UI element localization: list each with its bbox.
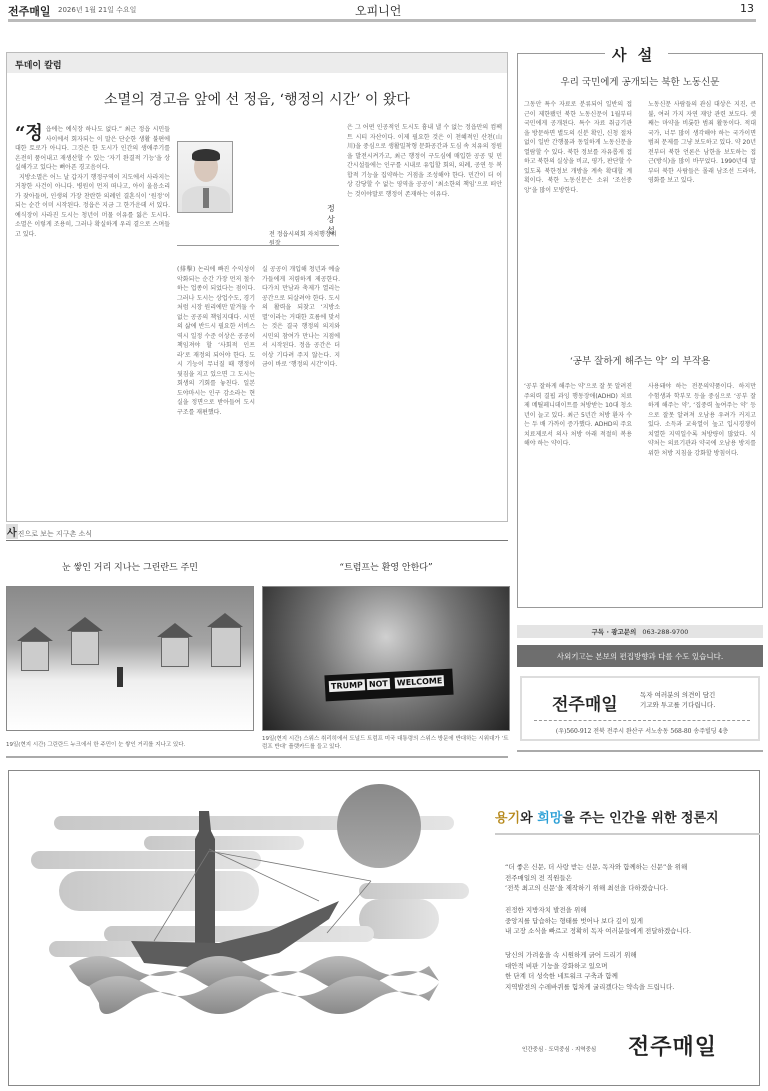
subscription-bar: 구독 · 광고문의063-288-9700	[517, 625, 763, 638]
ship-illustration	[9, 771, 499, 1087]
header-rule	[8, 19, 756, 22]
protest-banner: TRUMP NOT WELCOME	[324, 669, 453, 702]
contribution-logo: 전주매일	[552, 690, 618, 715]
column-text-col4: 은 그 어떤 인공적인 도시도 흉내 낼 수 없는 정읍만의 컴팩트 시티 자산…	[347, 123, 502, 199]
issue-date: 2026년 1월 21일 수요일	[58, 5, 136, 15]
greenland-photo[interactable]	[6, 586, 254, 731]
editorial-2-col1: ‘공부 잘하게 해주는 약’으로 잘 못 알려진 주의력 결핍 과잉 행동장애(…	[524, 382, 632, 449]
page-number: 13	[740, 2, 754, 15]
editorial-2-col2: 사용돼야 하는 전문의약품이다. 하지만 수험생과 학부모 등을 중심으로 ‘공…	[648, 382, 756, 458]
column-text-col3: 실 공공이 개입해 청년과 예술가들에게 저렴하게 제공한다. 다가치 만남과 …	[262, 265, 340, 370]
subscription-label: 구독 · 광고문의	[592, 628, 637, 636]
editorial-label: 사 설	[612, 44, 655, 65]
author-box: 정 상 섭 전 정읍시의회 자치행정위원장	[177, 123, 337, 231]
protest-caption: 19일(현지 시간) 스위스 취리히에서 도널드 트럼프 미국 대통령의 스위스…	[262, 735, 510, 751]
contribution-disclaimer: 사외기고는 본보의 편집방향과 다를 수도 있습니다.	[517, 645, 763, 667]
newspaper-address: (우)560-912 전북 전주시 완산구 서노송동 568-80 송주빌딩 4…	[530, 726, 754, 735]
editorial-headline-1[interactable]: 우리 국민에게 공개되는 북한 노동신문	[517, 74, 763, 88]
ad-paragraph-2: 진정한 지방자치 발전을 위해중앙지를 답습하는 형태를 벗어나 보다 깊이 있…	[505, 905, 691, 937]
protest-photo-title[interactable]: “트럼프는 환영 안한다”	[262, 560, 510, 573]
today-column: 투데이 칼럼 소멸의 경고음 앞에 선 정읍, ‘행정의 시간’ 이 왔다 “정…	[6, 52, 508, 522]
greenland-caption: 19일(현지 시간) 그린란드 누크에서 한 주민이 눈 쌓인 거리를 지나고 …	[6, 741, 254, 749]
photo-news-label: 사진으로 보는 지구촌 소식	[6, 524, 92, 539]
page-header: 전주매일 2026년 1월 21일 수요일 오피니언 13	[0, 0, 768, 24]
column-text-col1: “정 읍에는 예식장 하나도 없다.” 최근 정읍 시민들 사이에서 회자되는 …	[15, 125, 170, 239]
subscription-phone[interactable]: 063-288-9700	[642, 628, 688, 636]
ad-logo: 전주매일	[628, 1030, 717, 1061]
column-headline[interactable]: 소멸의 경고음 앞에 선 정읍, ‘행정의 시간’ 이 왔다	[7, 89, 507, 109]
editorial-headline-2[interactable]: ‘공부 잘하게 해주는 약’ 의 부작용	[517, 353, 763, 367]
section-title: 오피니언	[355, 2, 401, 19]
column-label: 투데이 칼럼	[7, 53, 507, 73]
author-photo	[177, 141, 233, 213]
protest-photo[interactable]: TRUMP NOT WELCOME	[262, 586, 510, 731]
photo-news-rule	[6, 540, 508, 541]
editorial-1-col2: 노동신문 사람들의 관심 대상은 지진, 큰불, 여러 가지 자연 재앙 관련 …	[648, 100, 756, 186]
ad-slogan: 인간중심 · 도덕중심 · 지역중심	[522, 1045, 596, 1053]
section-divider	[6, 756, 508, 758]
ad-paragraph-1: “더 좋은 신문, 더 사랑 받는 신문, 독자와 함께하는 신문”을 위해전주…	[505, 862, 687, 894]
newspaper-brand: 전주매일	[8, 3, 51, 19]
greenland-photo-title[interactable]: 눈 쌓인 거리 지나는 그린란드 주민	[6, 560, 254, 573]
contribution-text: 독자 여러분의 의견이 담긴 기고와 투고를 기다립니다.	[640, 690, 715, 710]
ad-paragraph-3: 당신의 가려움을 속 시원하게 긁어 드리기 위해대안적 비판 기능을 강화하고…	[505, 950, 674, 992]
column-text-col2: (排擊) 논리에 빠진 수익성이 악화되는 순간 가장 먼저 철수하는 업종이 …	[177, 265, 255, 417]
contribution-box: 전주매일 독자 여러분의 의견이 담긴 기고와 투고를 기다립니다. (우)56…	[520, 676, 760, 741]
editorial-1-col1: 그동안 특수 자료로 분류되어 일반의 접근이 제한됐던 북한 노동신문이 1월…	[524, 100, 632, 195]
author-divider	[177, 245, 339, 246]
ad-headline: 용기와 희망을 주는 인간을 위한 정론지	[495, 807, 719, 826]
dropcap: “정	[15, 125, 43, 143]
